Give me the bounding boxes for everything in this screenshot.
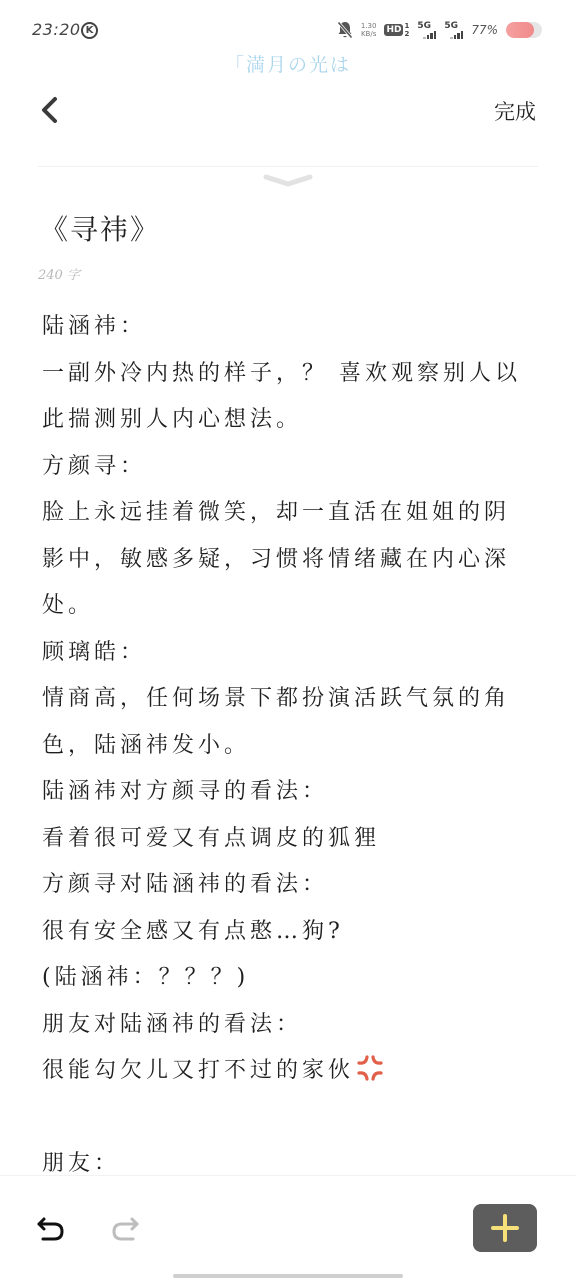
- note-line-text: 很能勾欠儿又打不过的家伙: [42, 1058, 354, 1083]
- note-line-empty: [42, 1095, 542, 1142]
- status-icons: 1.30 KB/s HD 1 2 5G 5G 77%: [337, 18, 542, 42]
- sim1-network-label: 5G: [417, 22, 431, 31]
- note-line: 看着很可爱又有点调皮的狐狸: [42, 816, 542, 863]
- battery-percent: 77%: [471, 23, 498, 37]
- bell-off-icon: [337, 21, 353, 39]
- note-line: 此揣测别人内心想法。: [42, 397, 542, 444]
- note-line: 色，陆涵祎发小。: [42, 723, 542, 770]
- anger-symbol-icon: [356, 1053, 384, 1081]
- signal-bars-icon: [423, 31, 436, 39]
- network-speed-unit: KB/s: [361, 30, 377, 38]
- sim2-network-label: 5G: [444, 22, 458, 31]
- note-line: 一副外冷内热的样子，？ 喜欢观察别人以: [42, 351, 542, 398]
- note-line: 处。: [42, 583, 542, 630]
- redo-icon: [108, 1212, 142, 1246]
- battery-fill: [506, 22, 534, 38]
- k-circle-icon: K: [81, 22, 98, 39]
- note-line-with-emoji: 很能勾欠儿又打不过的家伙: [42, 1048, 542, 1095]
- word-count: 240 字: [38, 264, 80, 283]
- note-title[interactable]: 《寻祎》: [40, 208, 160, 248]
- network-speed: 1.30 KB/s: [361, 22, 377, 38]
- undo-button[interactable]: [34, 1212, 68, 1246]
- chevron-left-icon: [36, 94, 64, 126]
- hd-label: HD: [384, 24, 403, 36]
- toolbar-divider: [38, 166, 538, 167]
- redo-button[interactable]: [108, 1212, 142, 1246]
- note-line: 方颜寻对陆涵祎的看法：: [42, 862, 542, 909]
- note-line: (陆涵祎：？？？): [42, 955, 542, 1002]
- hd-sup: 1: [404, 22, 409, 30]
- note-body-editor[interactable]: 陆涵祎： 一副外冷内热的样子，？ 喜欢观察别人以 此揣测别人内心想法。 方颜寻：…: [42, 304, 542, 1188]
- note-line: 影中，敏感多疑，习惯将情绪藏在内心深: [42, 537, 542, 584]
- done-button[interactable]: 完成: [494, 96, 536, 126]
- signal-5g-icon: 5G: [417, 22, 436, 39]
- network-speed-value: 1.30: [361, 22, 377, 30]
- editor-toolbar: 完成: [0, 86, 576, 136]
- signal-5g-icon: 5G: [444, 22, 463, 39]
- add-button[interactable]: [473, 1204, 537, 1252]
- chevron-down-icon: [262, 173, 314, 187]
- note-line: 陆涵祎：: [42, 304, 542, 351]
- battery-icon: [506, 22, 542, 38]
- note-line: 朋友对陆涵祎的看法：: [42, 1002, 542, 1049]
- home-indicator[interactable]: [173, 1274, 403, 1278]
- note-line: 很有安全感又有点憨…狗?: [42, 909, 542, 956]
- note-line: 脸上永远挂着微笑，却一直活在姐姐的阴: [42, 490, 542, 537]
- note-line: 顾璃皓：: [42, 630, 542, 677]
- marquee-lyric: 「満月の光は: [0, 50, 576, 77]
- hd-sub: 2: [404, 30, 409, 38]
- back-button[interactable]: [36, 94, 64, 126]
- note-line: 方颜寻：: [42, 444, 542, 491]
- collapse-handle[interactable]: [262, 172, 314, 186]
- hd-voice-icon: HD 1 2: [384, 22, 409, 38]
- bottom-toolbar: [0, 1175, 576, 1280]
- signal-bars-icon: [450, 31, 463, 39]
- note-line: 陆涵祎对方颜寻的看法：: [42, 769, 542, 816]
- undo-icon: [34, 1212, 68, 1246]
- plus-icon: [489, 1212, 521, 1244]
- hd-sim-numbers: 1 2: [404, 22, 409, 38]
- note-line: 情商高，任何场景下都扮演活跃气氛的角: [42, 676, 542, 723]
- status-time: 23:20: [32, 20, 81, 39]
